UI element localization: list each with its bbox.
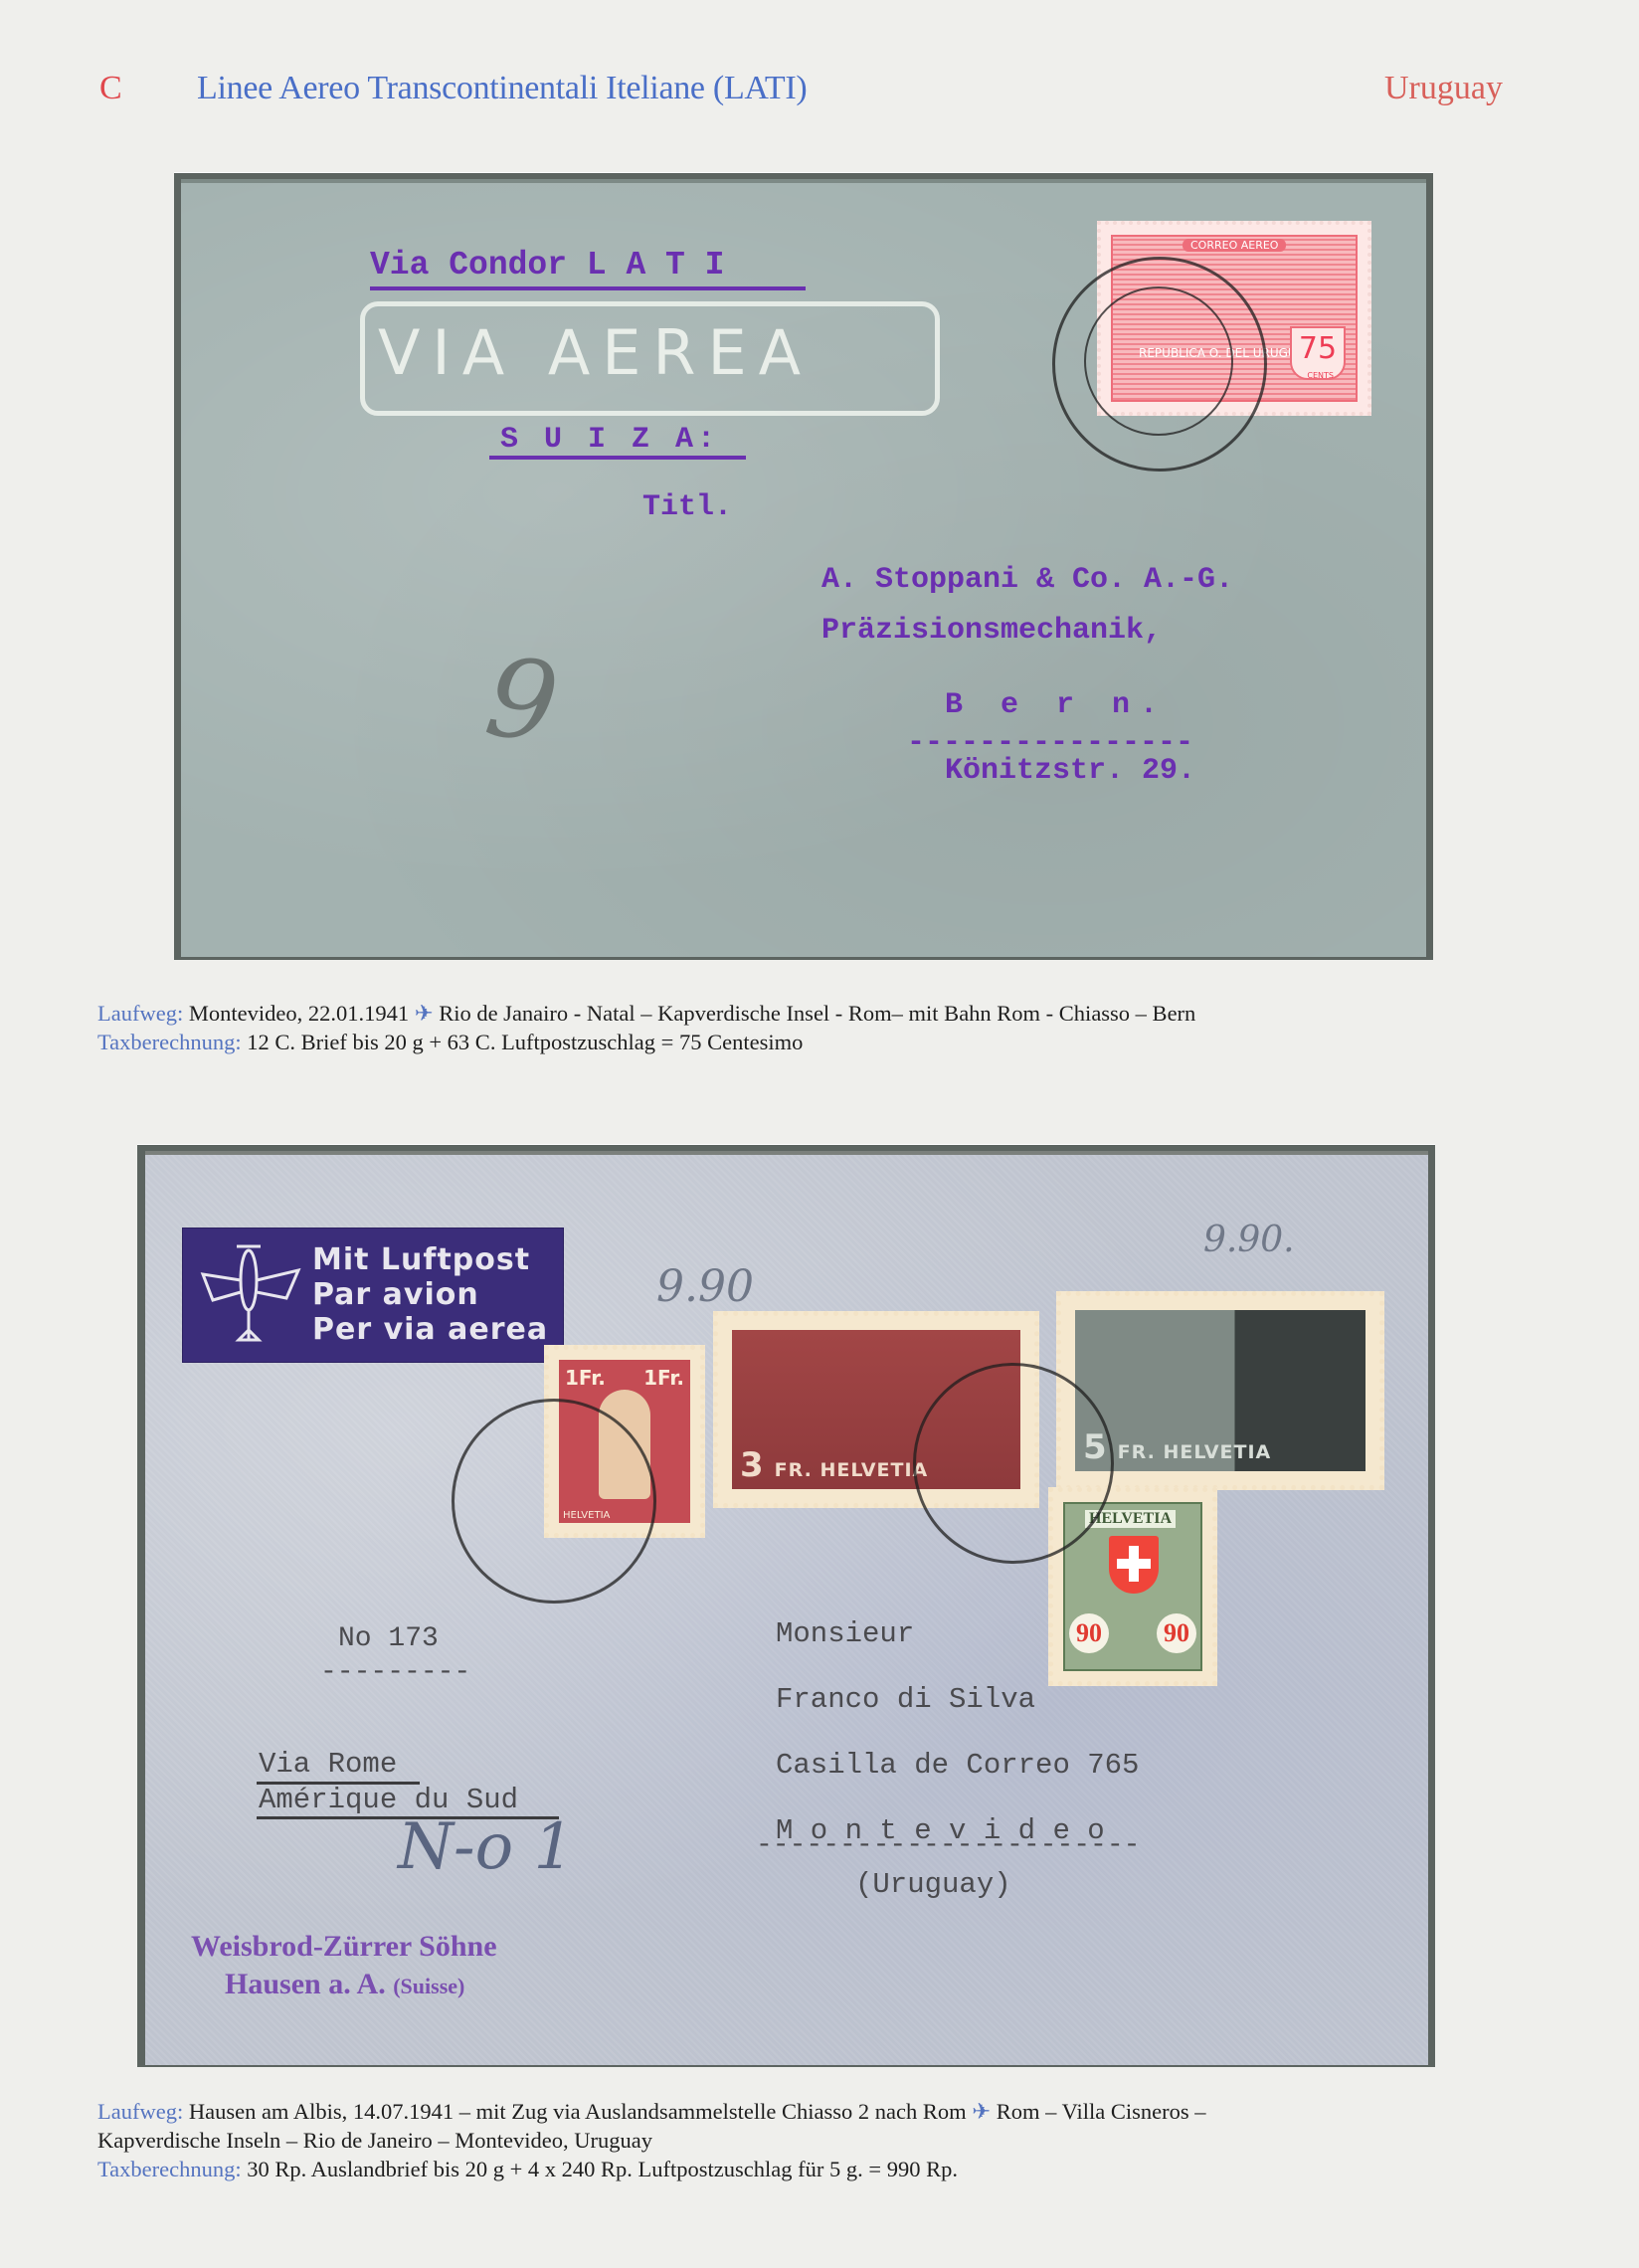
airmail-label-text: Mit Luftpost Par avion Per via aerea [312, 1242, 548, 1347]
pencil-mark: N-o 1 [398, 1810, 574, 1884]
stamp-value: 90 [1157, 1613, 1196, 1653]
sender-handstamp: Weisbrod-Zürrer Söhne Hausen a. A. (Suis… [191, 1928, 497, 2005]
stamp-value: 1Fr. [643, 1366, 684, 1390]
sender-town: Hausen a. A. [225, 1968, 386, 2000]
stamp-value: 3 [740, 1445, 765, 1485]
recipient-address: A. Stoppani & Co. A.-G. Präzisionsmechan… [821, 555, 1233, 657]
stamp-name: FR. HELVETIA [775, 1459, 929, 1481]
route-text-start: Hausen am Albis, 14.07.1941 – mit Zug vi… [189, 2099, 967, 2124]
airmail-mark: VIA AEREA [378, 316, 813, 389]
airmail-label: Mit Luftpost Par avion Per via aerea [182, 1228, 564, 1363]
destination-country: (Uruguay) [855, 1868, 1011, 1901]
section-letter: C [99, 70, 122, 107]
reference-number: No 173 [338, 1623, 439, 1654]
route-text-start: Montevideo, 22.01.1941 [189, 1001, 409, 1026]
airmail-label-line: Mit Luftpost [312, 1242, 548, 1277]
city-underline: ----------------------- [756, 1830, 1140, 1861]
pencil-mark: 9.90. [1203, 1220, 1295, 1260]
cover-2-caption: Laufweg: Hausen am Albis, 14.07.1941 – m… [97, 2097, 1206, 2183]
address-line: Franco di Silva [776, 1667, 1139, 1733]
recipient-city: B e r n. [945, 688, 1168, 722]
postmark-icon [452, 1399, 656, 1604]
country-heading: Uruguay [1384, 70, 1503, 107]
postmark-icon [913, 1363, 1114, 1564]
airplane-icon: ✈ [415, 1001, 434, 1026]
pencil-mark: 9.90 [656, 1261, 754, 1312]
route-label: Laufweg: [97, 1001, 183, 1026]
tax-text: 30 Rp. Auslandbrief bis 20 g + 4 x 240 R… [247, 2157, 958, 2181]
tax-label: Taxberechnung: [97, 2157, 242, 2181]
route-text-end: Rio de Janairo - Natal – Kapverdische In… [439, 1001, 1195, 1026]
reference-underline: --------- [320, 1657, 470, 1688]
route-line: Laufweg: Montevideo, 22.01.1941 ✈ Rio de… [97, 999, 1195, 1028]
route-text-end: Rom – Villa Cisneros – [997, 2099, 1206, 2124]
address-line: Monsieur [776, 1602, 1139, 1667]
recipient-address: Monsieur Franco di Silva Casilla de Corr… [776, 1602, 1139, 1864]
stamp-design: 5FR. HELVETIA [1075, 1310, 1366, 1471]
airplane-icon [199, 1240, 302, 1350]
tax-line: Taxberechnung: 30 Rp. Auslandbrief bis 2… [97, 2155, 1206, 2183]
route-line: Laufweg: Hausen am Albis, 14.07.1941 – m… [97, 2097, 1206, 2126]
stamp-top-text: CORREO AEREO [1183, 239, 1286, 252]
routing-underline [257, 1782, 420, 1785]
cover-1-caption: Laufweg: Montevideo, 22.01.1941 ✈ Rio de… [97, 999, 1195, 1056]
stamp-inscription: 3FR. HELVETIA [740, 1445, 928, 1485]
recipient-street: Könitzstr. 29. [945, 754, 1195, 788]
swiss-cross-shield-icon [1109, 1536, 1159, 1594]
tax-label: Taxberechnung: [97, 1030, 242, 1054]
sender-country: (Suisse) [393, 1974, 464, 1998]
airplane-icon: ✈ [972, 2099, 991, 2124]
address-line: Präzisionsmechanik, [821, 606, 1233, 657]
stamp-value: 1Fr. [565, 1366, 606, 1390]
stamp-name: FR. HELVETIA [1118, 1441, 1272, 1463]
routing-line: Via Rome [259, 1747, 518, 1783]
tax-text: 12 C. Brief bis 20 g + 63 C. Luftpostzus… [247, 1030, 803, 1054]
page-title: Linee Aereo Transcontinentali Iteliane (… [197, 70, 807, 107]
airmail-label-line: Par avion [312, 1277, 548, 1312]
destination-underline [489, 456, 746, 460]
postmark-inner-ring-icon [1084, 286, 1233, 436]
route-line-2: Kapverdische Inseln – Rio de Janeiro – M… [97, 2126, 1206, 2155]
stamp-unit: CENTS [1307, 371, 1334, 380]
address-line: A. Stoppani & Co. A.-G. [821, 555, 1233, 606]
salutation: Titl. [642, 490, 732, 524]
airmail-label-line: Per via aerea [312, 1312, 548, 1347]
routing-instruction: Via Condor L A T I [370, 247, 724, 283]
route-label: Laufweg: [97, 2099, 183, 2124]
address-line: Casilla de Correo 765 [776, 1733, 1139, 1798]
sender-line: Weisbrod-Zürrer Söhne [191, 1928, 497, 1966]
sender-line: Hausen a. A. (Suisse) [191, 1966, 497, 2005]
routing-underline [370, 286, 806, 290]
destination-country: S U I Z A: [500, 423, 719, 457]
tax-line: Taxberechnung: 12 C. Brief bis 20 g + 63… [97, 1028, 1195, 1056]
